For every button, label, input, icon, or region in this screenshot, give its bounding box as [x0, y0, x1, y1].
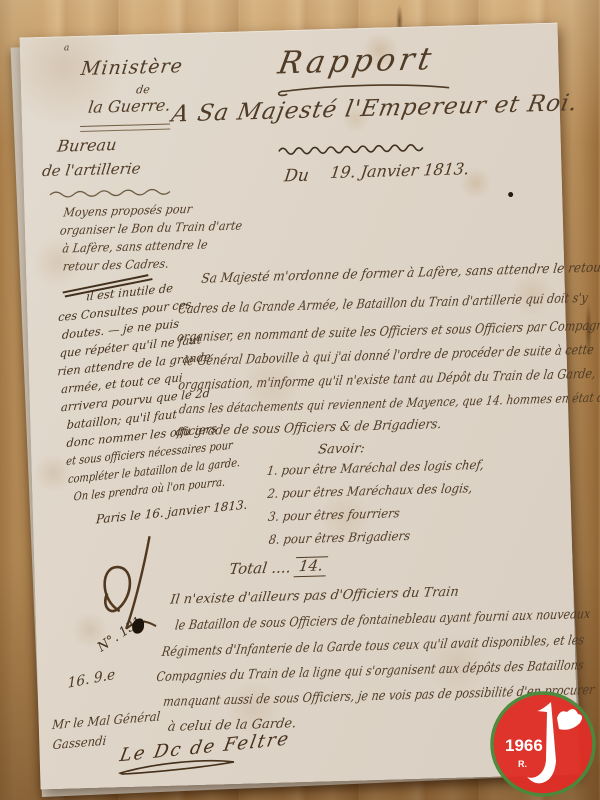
photo-of-document: a Ministère de la Guerre. Bureau de l'ar…	[0, 0, 600, 800]
body-line: Cadres de la Grande Armée, le Bataillon …	[177, 292, 588, 316]
letterhead-guerre: la Guerre.	[87, 97, 171, 115]
dateline-du: Du	[283, 168, 310, 186]
savoir-item: 3. pour êtres fourriers	[267, 507, 400, 523]
stamp-initial: R.	[518, 759, 527, 769]
body-line: organiser, en nommant de suite les Offic…	[176, 319, 600, 344]
letterhead-ministere: Ministère	[80, 57, 184, 79]
body-line: organisation, m'informe qu'il n'existe t…	[178, 367, 600, 392]
report-subtitle: A Sa Majesté l'Empereur et Roi.	[170, 92, 580, 126]
stamp-year: 1966	[505, 736, 543, 755]
dateline-date: 19. Janvier 1813.	[329, 161, 470, 181]
subtitle-squiggle-divider	[277, 140, 429, 156]
manuscript-page: a Ministère de la Guerre. Bureau de l'ar…	[20, 23, 579, 790]
letterhead-bureau: Bureau	[56, 137, 117, 155]
body-line: dans les détachements qui reviennent de …	[178, 390, 600, 416]
margin-summary-line: à Lafère, sans attendre le	[62, 238, 209, 254]
savoir-item: 2. pour êtres Maréchaux des logis,	[267, 482, 474, 500]
letterhead-wavy-underline	[48, 185, 174, 199]
ink-dot	[508, 192, 513, 197]
savoir-item: 8. pour êtres Brigadiers	[268, 530, 411, 546]
body-line: Régiments d'Infanterie de la Garde tous …	[161, 634, 585, 659]
corner-mark: a	[64, 44, 70, 53]
signature-flourish	[118, 758, 238, 777]
addressee-line: Gassendi	[52, 735, 106, 752]
body-line: le Général Daboville à qui j'ai donné l'…	[183, 344, 595, 369]
total-value: 14.	[294, 556, 328, 577]
letterhead-artillerie: de l'artillerie	[41, 161, 141, 179]
letterhead-divider-rule	[80, 123, 170, 132]
apostille-dateline: Paris le 16. janvier 1813.	[96, 499, 248, 526]
report-title: Rapport	[276, 44, 438, 80]
margin-summary-line: retour des Cadres.	[62, 258, 169, 273]
body-line: le Bataillon de sous Officiers de fontai…	[174, 608, 591, 633]
savoir-label: Savoir:	[317, 442, 365, 456]
docket-note: 16. 9.e	[67, 668, 115, 691]
total-label: Total ....	[228, 560, 291, 577]
margin-summary-line: organiser le Bon du Train d'arte	[59, 219, 243, 236]
margin-summary-line: Moyens proposés pour	[63, 203, 193, 219]
body-line: Sa Majesté m'ordonne de former à Lafère,…	[201, 261, 600, 286]
body-line: Compagnies du Train de la ligne qui s'or…	[156, 659, 585, 684]
savoir-item: 1. pour être Maréchal des logis chef,	[266, 459, 485, 478]
collector-stamp-1966: 1966 R.	[487, 688, 599, 800]
letterhead-de: de	[136, 84, 151, 95]
body-line: Il n'existe d'ailleurs pas d'Officiers d…	[169, 586, 459, 607]
addressee-line: Mr le Mal Général	[52, 710, 161, 731]
